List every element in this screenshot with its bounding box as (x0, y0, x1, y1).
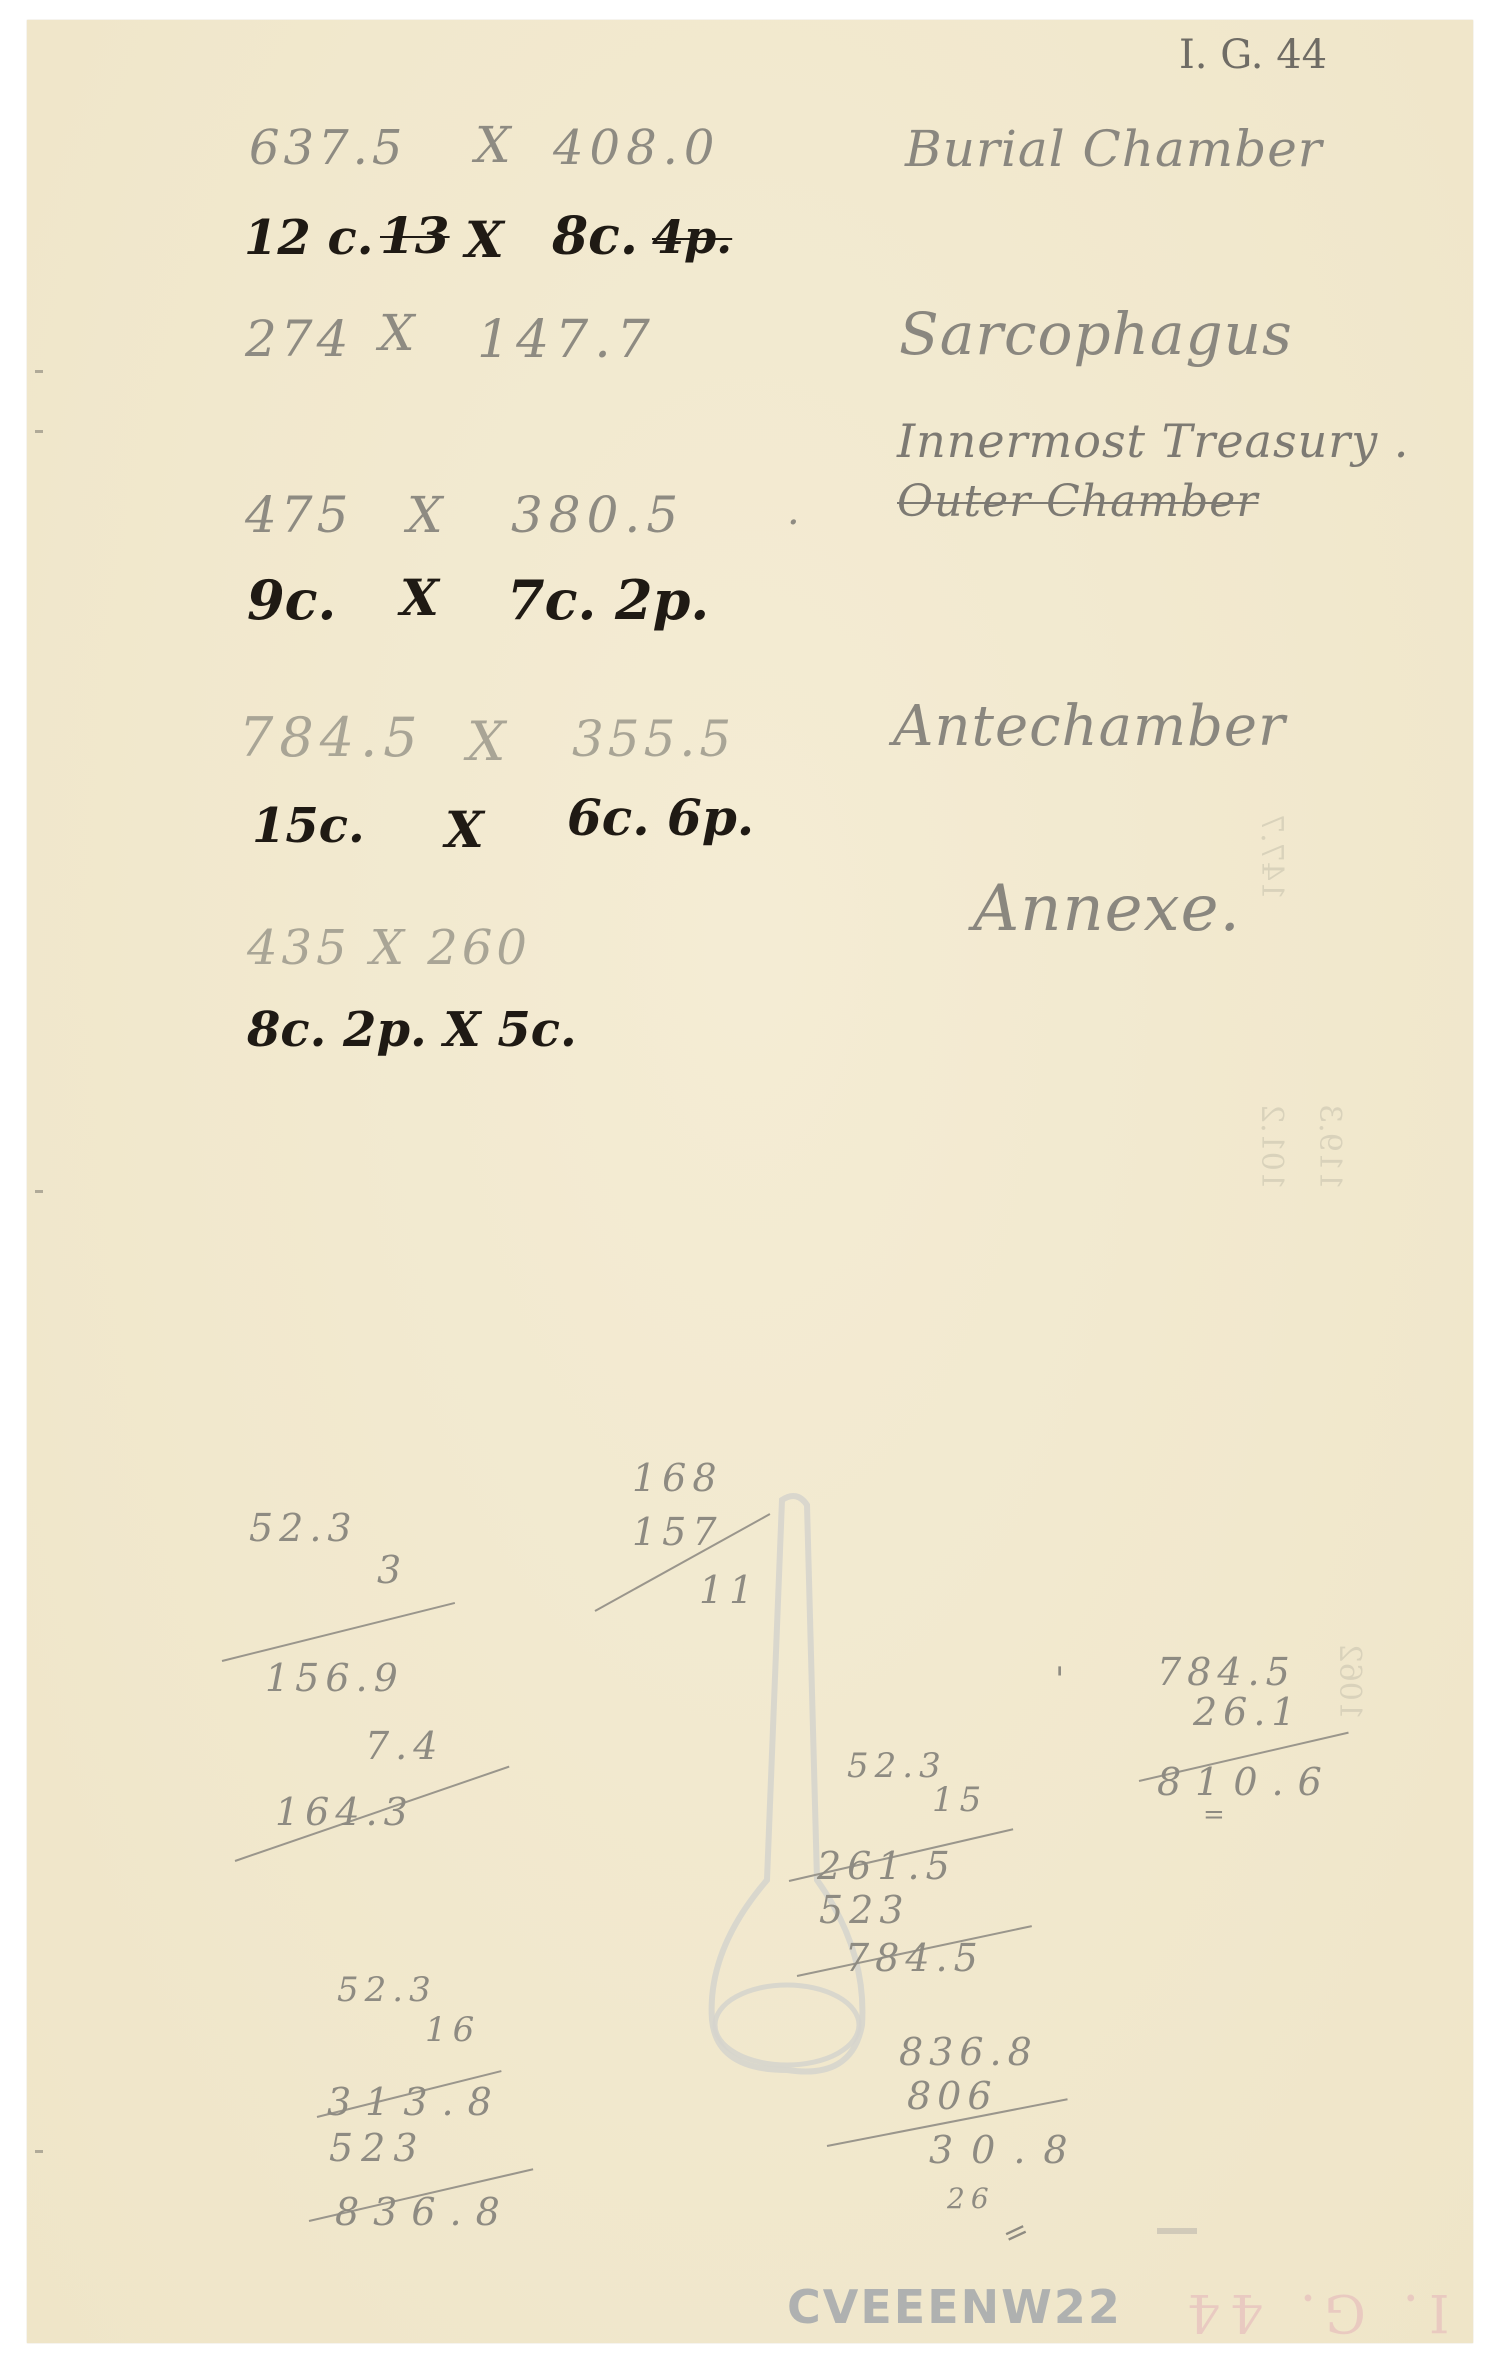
row5-metric: 435 X 260 (247, 920, 531, 976)
archive-stamp: CVEEENW22 (787, 2280, 1122, 2334)
row1-cubit-right-struck: 4p. (652, 210, 732, 264)
margin-mark (35, 2150, 43, 2153)
red-reference-stamp: I. G. 44 (1177, 2282, 1450, 2342)
calc4-line: 26.1 (1193, 1690, 1302, 1734)
calc3-line: 784.5 (845, 1936, 984, 1980)
row1-cubit-left: 12 c. (244, 210, 373, 266)
calc1-line: 7.4 (365, 1724, 443, 1768)
double-underline-mark: = (1203, 1800, 1225, 1830)
bleed-through-text: 147.7 (1254, 814, 1289, 900)
calc6-line: 806 (907, 2074, 998, 2118)
row3-cubit-right: 7c. 2p. (507, 568, 709, 632)
calc3-line: 261.5 (817, 1844, 956, 1888)
margin-mark (35, 1190, 43, 1193)
row1-metric-left: 637.5 (249, 120, 406, 176)
sum-rule (222, 1602, 455, 1662)
bleed-through-text: 101.2 (1254, 1104, 1289, 1190)
calc5-line: 523 (329, 2126, 426, 2170)
label-annexe: Annexe. (973, 872, 1241, 946)
calc6-line: = (997, 2209, 1040, 2254)
row1-metric-right: 408.0 (553, 120, 720, 176)
row1-cubit-right: 8c. (552, 206, 638, 267)
calc5-line: 313.8 (327, 2080, 506, 2124)
stamp-mark (1157, 2228, 1197, 2234)
calc6-line: 26 (947, 2182, 995, 2215)
row2-metric-left: 274 (245, 310, 352, 368)
calc6-line: 836.8 (899, 2030, 1038, 2074)
row3-metric-left: 475 (245, 486, 352, 544)
row3-dot: · (787, 500, 800, 546)
row4-times: X (467, 710, 505, 773)
margin-mark (35, 430, 43, 433)
row4-metric-right: 355.5 (572, 710, 735, 768)
label-innermost-treasury: Innermost Treasury . (897, 414, 1409, 468)
row4-cubit-left: 15c. (252, 798, 365, 854)
row1-cubit-left-struck: 13 (380, 206, 450, 265)
stray-mark: ' (1055, 1660, 1064, 1700)
row4-metric-left: 784.5 (239, 706, 424, 769)
row5-cubit: 8c. 2p. X 5c. (247, 1002, 577, 1058)
calc5-line: 16 (425, 2010, 480, 2050)
row3-cubit-times: X (400, 568, 439, 627)
row4-cubit-times: X (445, 800, 484, 859)
row4-cubit-right: 6c. 6p. (567, 788, 754, 847)
margin-mark (35, 370, 43, 373)
calc1-line: 52.3 (249, 1506, 358, 1550)
label-burial-chamber: Burial Chamber (905, 120, 1323, 178)
row3-times: X (407, 486, 443, 544)
row1-times: X (475, 116, 511, 174)
calc4-line: 784.5 (1157, 1650, 1296, 1694)
bleed-through-text: 1062 (1332, 1644, 1367, 1720)
calc1-line: 156.9 (265, 1656, 404, 1700)
calc1-line: 3 (377, 1548, 407, 1592)
calc3-line: 523 (819, 1888, 910, 1932)
label-sarcophagus: Sarcophagus (899, 300, 1293, 368)
calc5-line: 52.3 (337, 1970, 437, 2010)
calc4-line: 810.6 (1157, 1760, 1336, 1804)
label-outer-chamber-struck: Outer Chamber (897, 476, 1258, 527)
label-antechamber: Antechamber (893, 694, 1286, 759)
bleed-through-text: 119.3 (1312, 1104, 1347, 1190)
document-sheet: I. G. 44 637.5 X 408.0 12 c. 13 X 8c. 4p… (27, 20, 1473, 2343)
row3-cubit-left: 9c. (247, 568, 336, 632)
calc5-line: 836.8 (335, 2190, 514, 2234)
reference-number: I. G. 44 (1179, 32, 1327, 78)
row2-times: X (379, 304, 415, 362)
calc1-line: 164.3 (275, 1790, 414, 1834)
calc6-line: 30.8 (929, 2128, 1086, 2172)
calc2-line: 11 (699, 1568, 759, 1612)
calc2-line: 168 (632, 1456, 723, 1500)
row3-metric-right: 380.5 (511, 486, 684, 544)
row2-metric-right: 147.7 (477, 310, 656, 370)
row1-cubit-times: X (465, 210, 504, 269)
calc3-line: 15 (932, 1780, 987, 1820)
